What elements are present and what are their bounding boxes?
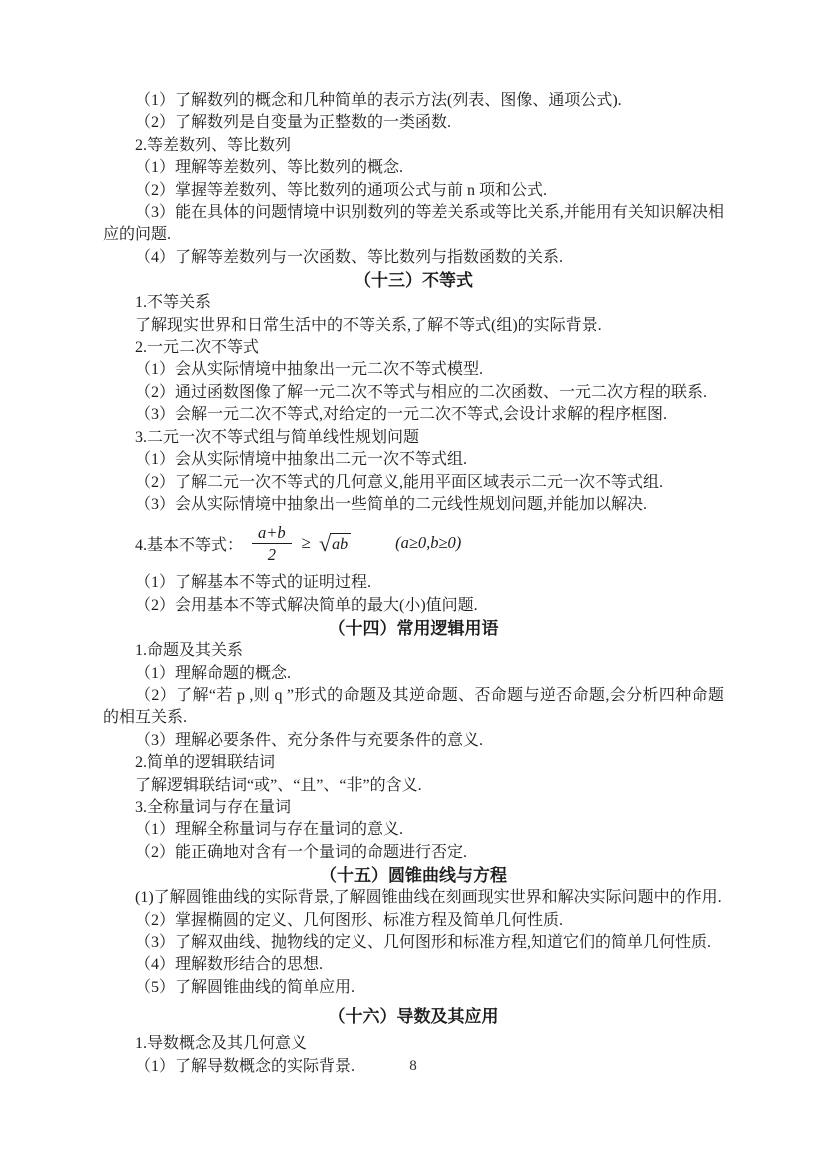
square-root: √ab bbox=[319, 533, 351, 554]
paragraph-line: 2.等差数列、等比数列 bbox=[103, 135, 724, 157]
document-page: （1）了解数列的概念和几种简单的表示方法(列表、图像、通项公式).（2）了解数列… bbox=[0, 0, 826, 1169]
paragraph-line: 3.二元一次不等式组与简单线性规划问题 bbox=[103, 427, 724, 449]
section-heading: （十六）导数及其应用 bbox=[103, 1005, 724, 1028]
paragraph-line: （3）理解必要条件、充分条件与充要条件的意义. bbox=[103, 730, 724, 752]
paragraph-line: （3）会解一元二次不等式,对给定的一元二次不等式,会设计求解的程序框图. bbox=[103, 404, 724, 426]
paragraph-line: （4）了解等差数列与一次函数、等比数列与指数函数的关系. bbox=[103, 247, 724, 269]
paragraph-line: （1）理解等差数列、等比数列的概念. bbox=[103, 157, 724, 179]
paragraph-line: 1.不等关系 bbox=[103, 292, 724, 314]
paragraph-line: （1）了解基本不等式的证明过程. bbox=[103, 572, 724, 594]
paragraph-line: 2.一元二次不等式 bbox=[103, 337, 724, 359]
page-number: 8 bbox=[409, 1058, 417, 1074]
paragraph-line: 了解现实世界和日常生活中的不等关系,了解不等式(组)的实际背景. bbox=[103, 315, 724, 337]
document-body: （1）了解数列的概念和几种简单的表示方法(列表、图像、通项公式).（2）了解数列… bbox=[103, 90, 724, 1078]
formula-condition: (a≥0,b≥0) bbox=[395, 533, 461, 553]
formula-prefix: 4.基本不等式： bbox=[135, 532, 243, 555]
paragraph-line: 1.命题及其关系 bbox=[103, 640, 724, 662]
paragraph-line: （1）了解数列的概念和几种简单的表示方法(列表、图像、通项公式). bbox=[103, 90, 724, 112]
section-heading: （十三）不等式 bbox=[103, 269, 724, 292]
greater-equal-symbol: ≥ bbox=[302, 533, 311, 553]
paragraph-line: 2.简单的逻辑联结词 bbox=[103, 752, 724, 774]
paragraph-line: （1）会从实际情境中抽象出一元二次不等式模型. bbox=[103, 359, 724, 381]
paragraph-line: （1）理解全称量词与存在量词的意义. bbox=[103, 819, 724, 841]
fraction-numerator: a+b bbox=[252, 523, 292, 544]
paragraph-line: （2）掌握椭圆的定义、几何图形、标准方程及简单几何性质. bbox=[103, 910, 724, 932]
paragraph-line: （3）会从实际情境中抽象出一些简单的二元线性规划问题,并能加以解决. bbox=[103, 494, 724, 516]
paragraph-line: （2）了解二元一次不等式的几何意义,能用平面区域表示二元一次不等式组. bbox=[103, 472, 724, 494]
paragraph-line: (1)了解圆锥曲线的实际背景,了解圆锥曲线在刻画现实世界和解决实际问题中的作用. bbox=[103, 887, 724, 909]
paragraph-line: （5）了解圆锥曲线的简单应用. bbox=[103, 977, 724, 999]
paragraph-line: （2）了解“若 p ,则 q ”形式的命题及其逆命题、否命题与逆否命题,会分析四… bbox=[103, 685, 724, 730]
radicand: ab bbox=[330, 533, 351, 553]
section-heading: （十四）常用逻辑用语 bbox=[103, 617, 724, 640]
paragraph-line: （2）能正确地对含有一个量词的命题进行否定. bbox=[103, 842, 724, 864]
formula-line: 4.基本不等式：a+b2≥√ab(a≥0,b≥0) bbox=[103, 520, 724, 566]
paragraph-line: （2）掌握等差数列、等比数列的通项公式与前 n 项和公式. bbox=[103, 180, 724, 202]
section-heading: （十五）圆锥曲线与方程 bbox=[103, 864, 724, 887]
paragraph-line: 了解逻辑联结词“或”、“且”、“非”的含义. bbox=[103, 775, 724, 797]
fraction-denominator: 2 bbox=[268, 544, 276, 564]
paragraph-line: 1.导数概念及其几何意义 bbox=[103, 1033, 724, 1055]
paragraph-line: （2）通过函数图像了解一元二次不等式与相应的二次函数、一元二次方程的联系. bbox=[103, 382, 724, 404]
paragraph-line: （3）能在具体的问题情境中识别数列的等差关系或等比关系,并能用有关知识解决相应的… bbox=[103, 202, 724, 247]
page-footer: 8 bbox=[0, 1058, 826, 1075]
paragraph-line: （3）了解双曲线、抛物线的定义、几何图形和标准方程,知道它们的简单几何性质. bbox=[103, 932, 724, 954]
paragraph-line: （1）理解命题的概念. bbox=[103, 663, 724, 685]
fraction: a+b2 bbox=[252, 523, 292, 564]
paragraph-line: （2）会用基本不等式解决简单的最大(小)值问题. bbox=[103, 595, 724, 617]
paragraph-line: （1）会从实际情境中抽象出二元一次不等式组. bbox=[103, 449, 724, 471]
paragraph-line: （2）了解数列是自变量为正整数的一类函数. bbox=[103, 112, 724, 134]
paragraph-line: （4）理解数形结合的思想. bbox=[103, 954, 724, 976]
paragraph-line: 3.全称量词与存在量词 bbox=[103, 797, 724, 819]
